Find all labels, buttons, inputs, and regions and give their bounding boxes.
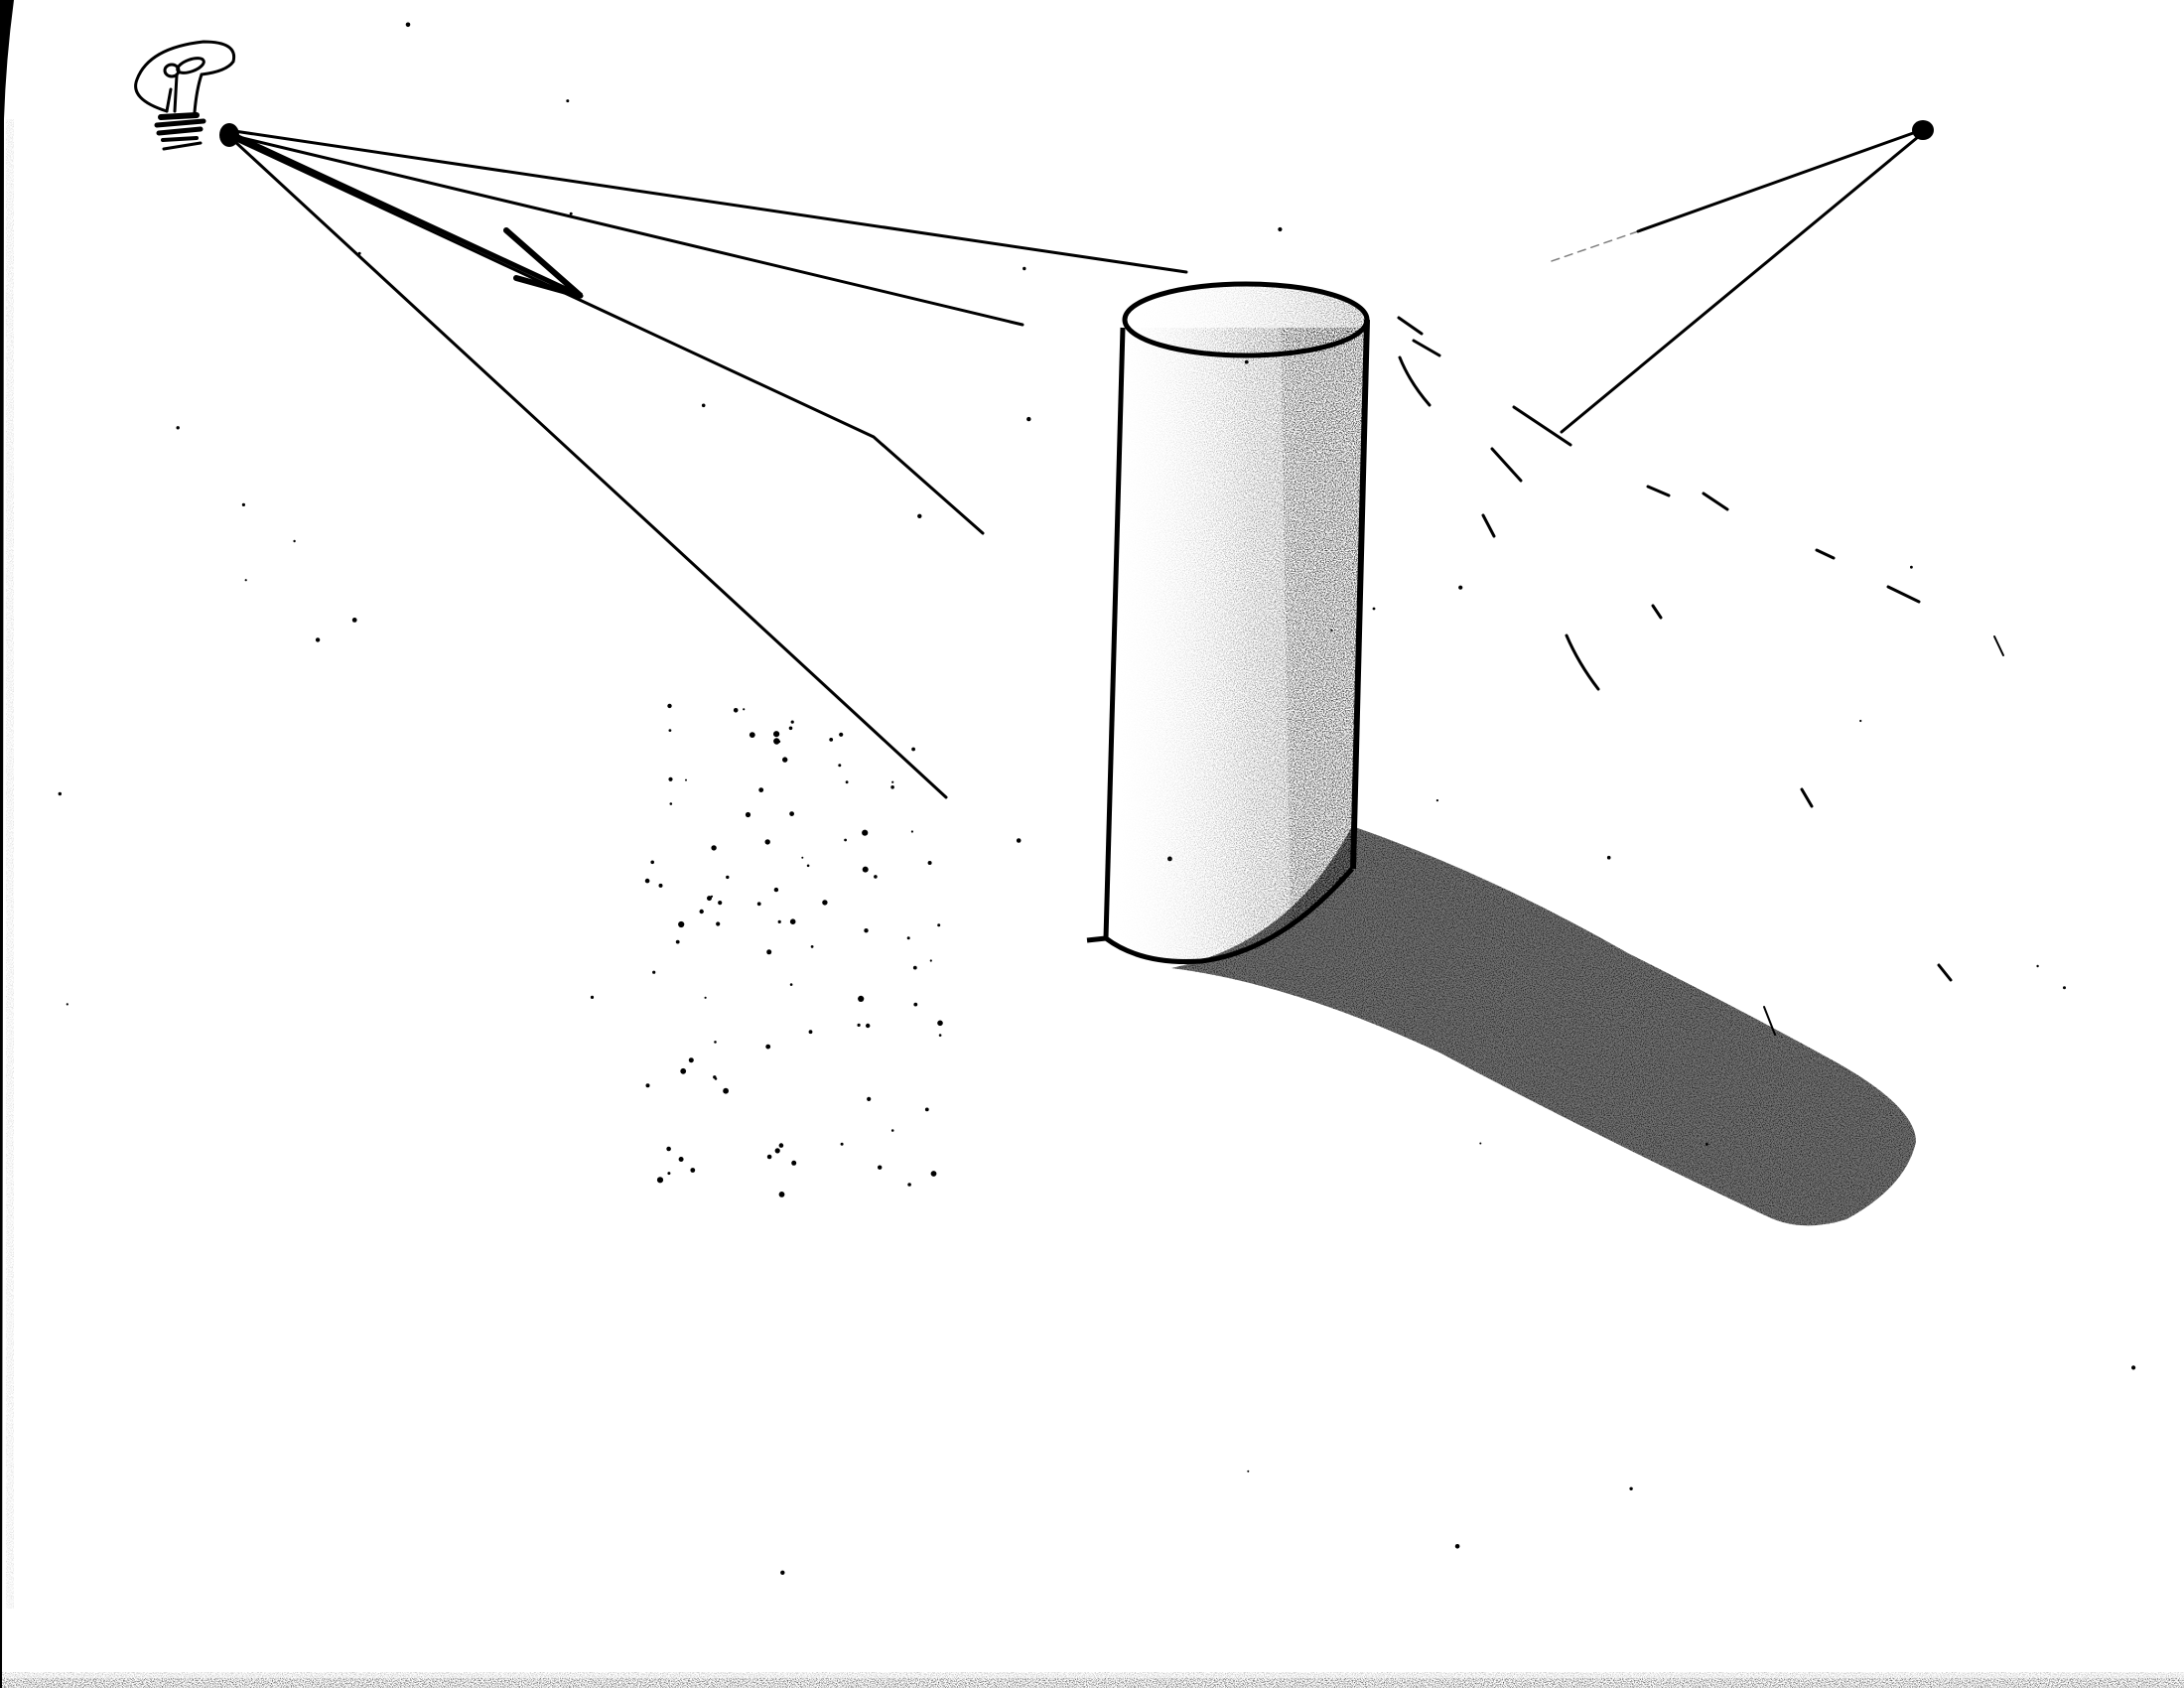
light-bulb-icon bbox=[136, 42, 234, 149]
stipple-dots bbox=[59, 23, 2136, 1576]
light-rays-right bbox=[1549, 132, 1918, 432]
paper-edge-bottom bbox=[0, 1672, 2184, 1688]
cylinder bbox=[1087, 284, 1367, 963]
sketch-canvas bbox=[0, 0, 2184, 1688]
direction-arrow-icon bbox=[238, 137, 581, 296]
light-rays-left bbox=[234, 131, 1186, 797]
light-source-right-icon bbox=[1912, 120, 1934, 140]
paper-edge-left bbox=[0, 0, 14, 1688]
